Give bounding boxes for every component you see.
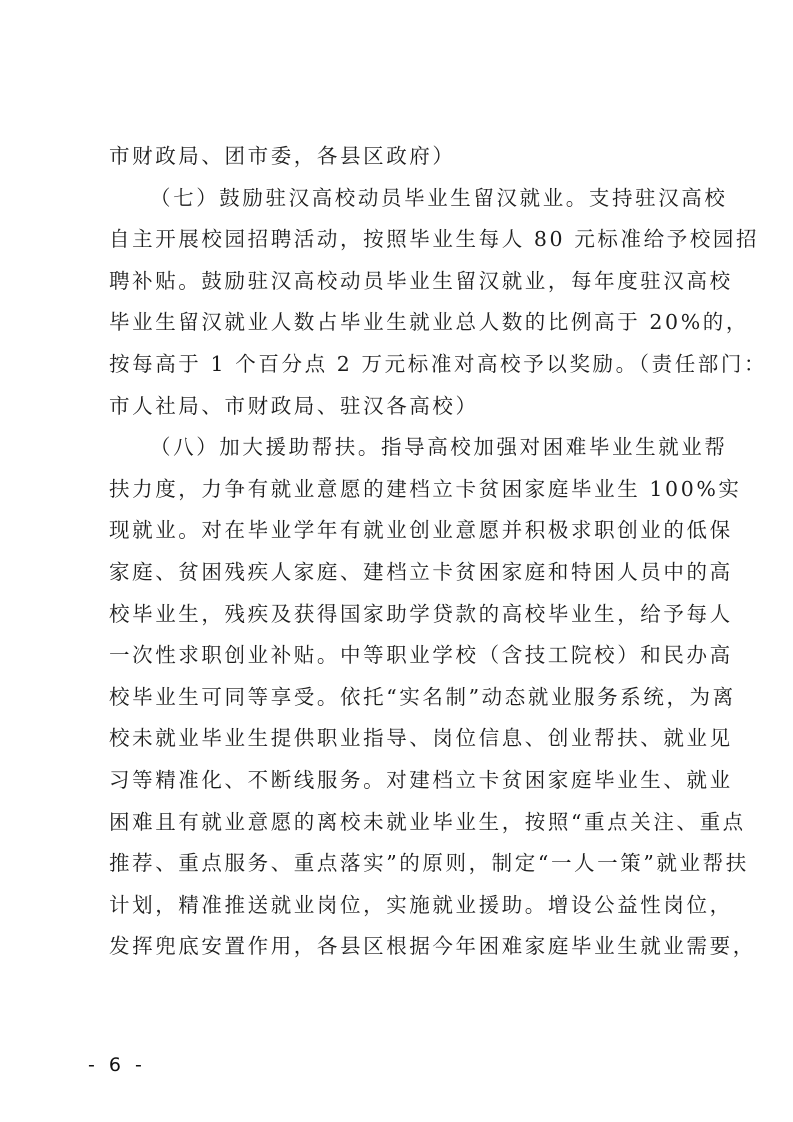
text-line: 现就业。对在毕业学年有就业创业意愿并积极求职创业的低保 (109, 510, 687, 552)
section-heading-7: （七）鼓励驻汉高校动员毕业生留汉就业。支持驻汉高校 (109, 178, 687, 220)
text-line: 市人社局、市财政局、驻汉各高校） (109, 386, 687, 428)
text-line: 校毕业生，残疾及获得国家助学贷款的高校毕业生，给予每人 (109, 594, 687, 636)
text-line: 按每高于 1 个百分点 2 万元标准对高校予以奖励。（责任部门： (109, 344, 687, 386)
text-line: 市财政局、团市委，各县区政府） (109, 136, 687, 178)
document-body: 市财政局、团市委，各县区政府） （七）鼓励驻汉高校动员毕业生留汉就业。支持驻汉高… (109, 136, 687, 968)
text-line: 计划，精准推送就业岗位，实施就业援助。增设公益性岗位， (109, 885, 687, 927)
text-line: 一次性求职创业补贴。中等职业学校（含技工院校）和民办高 (109, 635, 687, 677)
text-line: 校毕业生可同等享受。依托“实名制”动态就业服务系统，为离 (109, 677, 687, 719)
text-line: 家庭、贫困残疾人家庭、建档立卡贫困家庭和特困人员中的高 (109, 552, 687, 594)
text-line: 毕业生留汉就业人数占毕业生就业总人数的比例高于 20%的， (109, 302, 687, 344)
text-line: 自主开展校园招聘活动，按照毕业生每人 80 元标准给予校园招 (109, 219, 687, 261)
text-line: 校未就业毕业生提供职业指导、岗位信息、创业帮扶、就业见 (109, 718, 687, 760)
text-line: 聘补贴。鼓励驻汉高校动员毕业生留汉就业，每年度驻汉高校 (109, 261, 687, 303)
section-heading-8: （八）加大援助帮扶。指导高校加强对困难毕业生就业帮 (109, 427, 687, 469)
text-line: 困难且有就业意愿的离校未就业毕业生，按照“重点关注、重点 (109, 802, 687, 844)
page-number: - 6 - (88, 1054, 146, 1076)
text-line: 扶力度，力争有就业意愿的建档立卡贫困家庭毕业生 100%实 (109, 469, 687, 511)
text-line: 发挥兜底安置作用，各县区根据今年困难家庭毕业生就业需要， (109, 926, 687, 968)
text-line: 推荐、重点服务、重点落实”的原则，制定“一人一策”就业帮扶 (109, 843, 687, 885)
text-line: 习等精准化、不断线服务。对建档立卡贫困家庭毕业生、就业 (109, 760, 687, 802)
